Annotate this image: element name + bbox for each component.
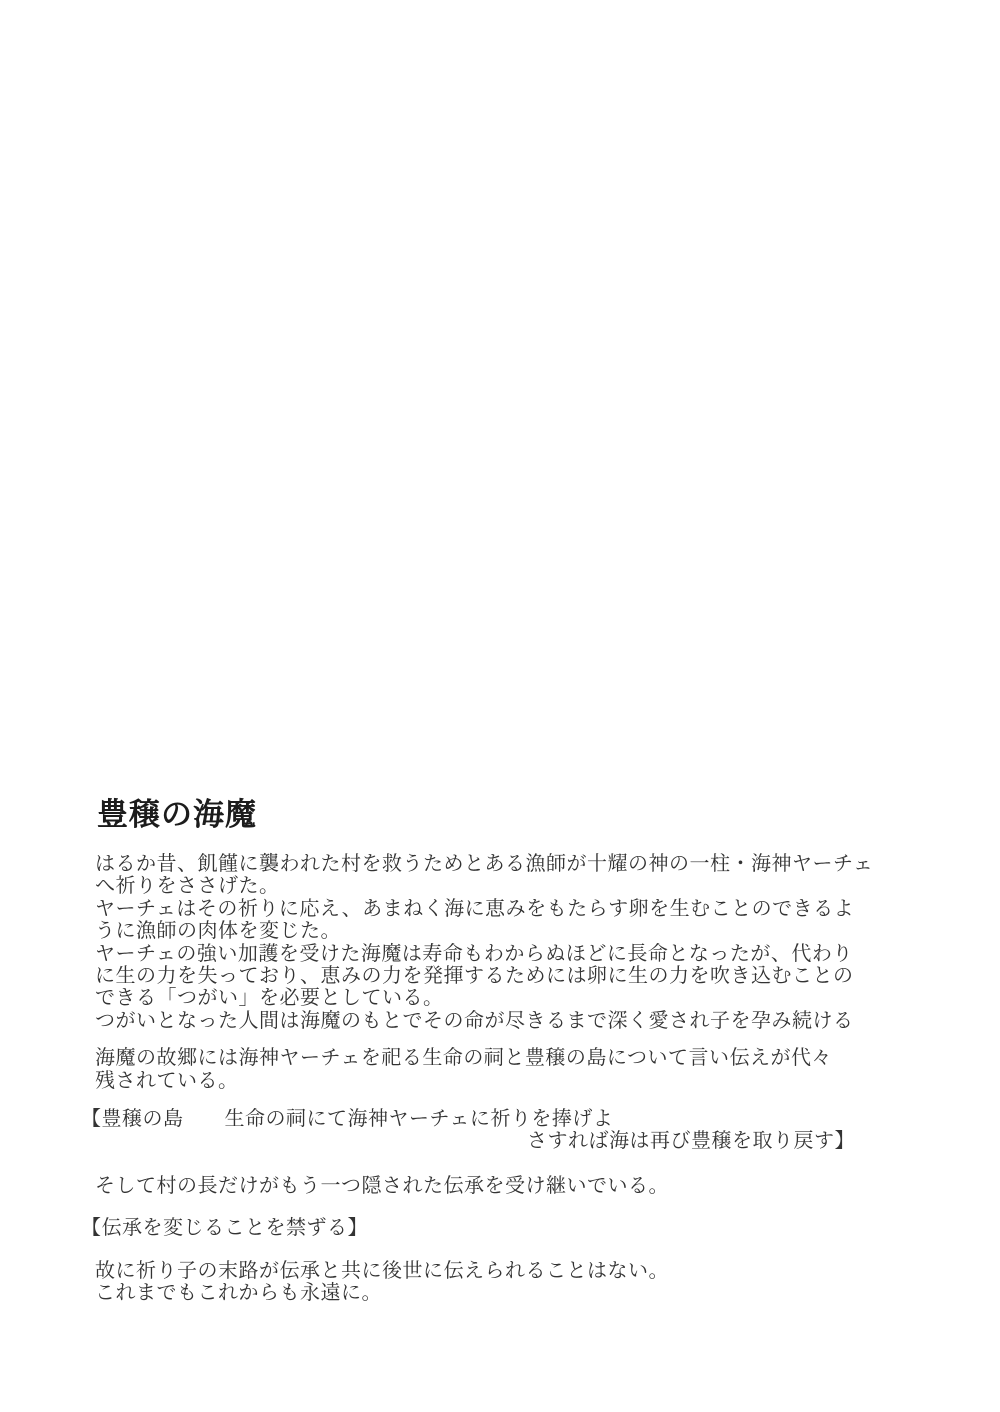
paragraph-village-chief: そして村の長だけがもう一つ隠された伝承を受け継いでいる。 [95, 1175, 915, 1197]
paragraph-island-legend: 【豊穣の島 生命の祠にて海神ヤーチェに祈りを捧げよ さすれば海は再び豊穣を取り戻… [95, 1108, 915, 1153]
page-title: 豊穣の海魔 [97, 793, 257, 836]
document-body: はるか昔、飢饉に襲われた村を救うためとある漁師が十耀の神の一柱・海神ヤーチェ へ… [95, 853, 915, 1305]
paragraph-homeland-lore: 海魔の故郷には海神ヤーチェを祀る生命の祠と豊穣の島について言い伝えが代々 残され… [95, 1047, 915, 1092]
paragraph-prohibition: 【伝承を変じることを禁ずる】 [81, 1217, 915, 1239]
paragraph-origin-legend: はるか昔、飢饉に襲われた村を救うためとある漁師が十耀の神の一柱・海神ヤーチェ へ… [95, 853, 915, 1032]
paragraph-fate: 故に祈り子の末路が伝承と共に後世に伝えられることはない。 これまでもこれからも永… [95, 1260, 915, 1305]
legend-line-restore: さすれば海は再び豊穣を取り戻す】 [527, 1130, 915, 1152]
legend-line-prayer: 【豊穣の島 生命の祠にて海神ヤーチェに祈りを捧げよ [81, 1108, 915, 1130]
document-page: 豊穣の海魔 はるか昔、飢饉に襲われた村を救うためとある漁師が十耀の神の一柱・海神… [0, 0, 1000, 1412]
